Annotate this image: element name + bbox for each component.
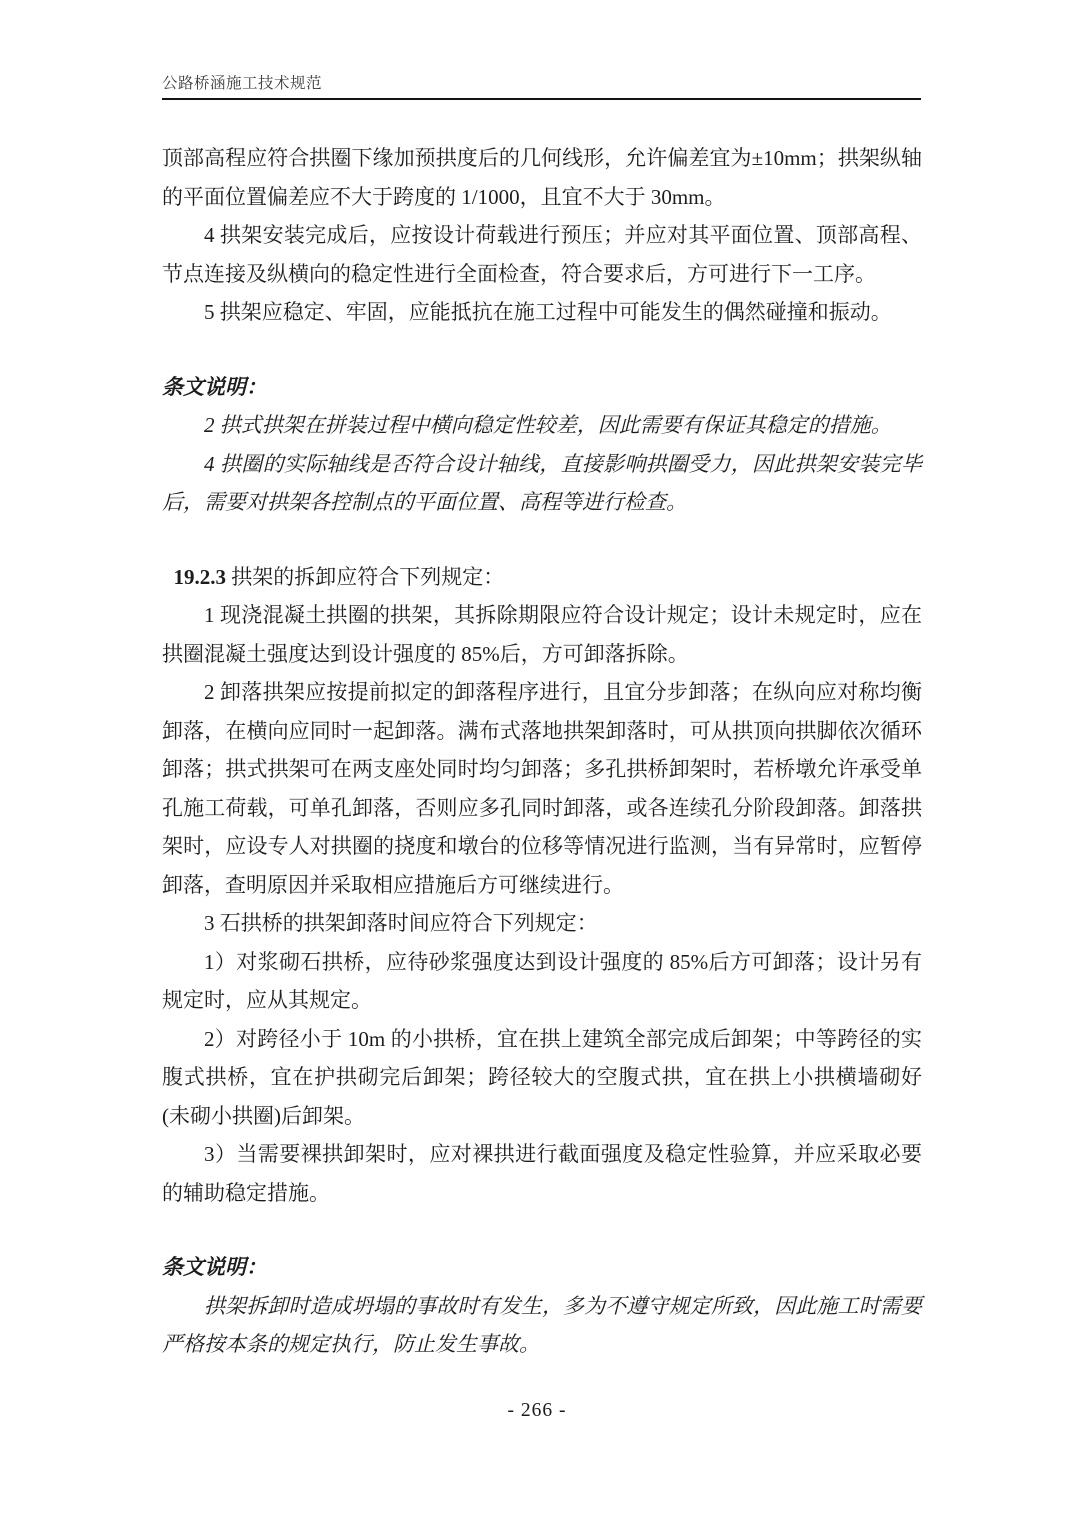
page-footer: - 266 - (0, 1400, 1074, 1422)
paragraph: 3 石拱桥的拱架卸落时间应符合下列规定： (162, 904, 922, 943)
header-title: 公路桥涵施工技术规范 (162, 74, 921, 94)
paragraph: 拱架拆卸时造成坍塌的事故时有发生，多为不遵守规定所致，因此施工时需要严格按本条的… (162, 1287, 922, 1364)
paragraph: 1 现浇混凝土拱圈的拱架，其拆除期限应符合设计规定；设计未规定时，应在拱圈混凝土… (162, 596, 922, 673)
paragraph: 4 拱圈的实际轴线是否符合设计轴线，直接影响拱圈受力，因此拱架安装完毕后，需要对… (162, 445, 922, 522)
commentary-heading: 条文说明： (162, 1248, 922, 1287)
section-commentary-2: 条文说明：拱架拆卸时造成坍塌的事故时有发生，多为不遵守规定所致，因此施工时需要严… (162, 1248, 922, 1364)
page-number: - 266 - (508, 1400, 567, 1421)
paragraph: 2）对跨径小于 10m 的小拱桥，宜在拱上建筑全部完成后卸架；中等跨径的实腹式拱… (162, 1020, 922, 1136)
page-header: 公路桥涵施工技术规范 (162, 74, 921, 100)
header-rule (162, 98, 921, 100)
paragraph: 2 拱式拱架在拼装过程中横向稳定性较差，因此需要有保证其稳定的措施。 (162, 406, 922, 445)
paragraph: 3）当需要裸拱卸架时，应对裸拱进行截面强度及稳定性验算，并应采取必要的辅助稳定措… (162, 1135, 922, 1212)
section-clause-19-2-3: 19.2.3 拱架的拆卸应符合下列规定：1 现浇混凝土拱圈的拱架，其拆除期限应符… (162, 558, 922, 1213)
paragraph: 顶部高程应符合拱圈下缘加预拱度后的几何线形，允许偏差宜为±10mm；拱架纵轴的平… (162, 139, 922, 216)
paragraph: 5 拱架应稳定、牢固，应能抵抗在施工过程中可能发生的偶然碰撞和振动。 (162, 293, 922, 332)
paragraph: 4 拱架安装完成后，应按设计荷载进行预压；并应对其平面位置、顶部高程、节点连接及… (162, 216, 922, 293)
document-body: 顶部高程应符合拱圈下缘加预拱度后的几何线形，允许偏差宜为±10mm；拱架纵轴的平… (162, 139, 922, 1364)
paragraph: 1）对浆砌石拱桥，应待砂浆强度达到设计强度的 85%后方可卸落；设计另有规定时，… (162, 943, 922, 1020)
paragraph: 19.2.3 拱架的拆卸应符合下列规定： (162, 558, 922, 597)
paragraph: 2 卸落拱架应按提前拟定的卸落程序进行，且宜分步卸落；在纵向应对称均衡卸落，在横… (162, 673, 922, 904)
section-clause-items: 顶部高程应符合拱圈下缘加预拱度后的几何线形，允许偏差宜为±10mm；拱架纵轴的平… (162, 139, 922, 332)
commentary-heading: 条文说明： (162, 368, 922, 407)
section-commentary-1: 条文说明：2 拱式拱架在拼装过程中横向稳定性较差，因此需要有保证其稳定的措施。4… (162, 368, 922, 522)
clause-number: 19.2.3 (174, 565, 227, 589)
document-page: 公路桥涵施工技术规范 顶部高程应符合拱圈下缘加预拱度后的几何线形，允许偏差宜为±… (0, 0, 1074, 1520)
